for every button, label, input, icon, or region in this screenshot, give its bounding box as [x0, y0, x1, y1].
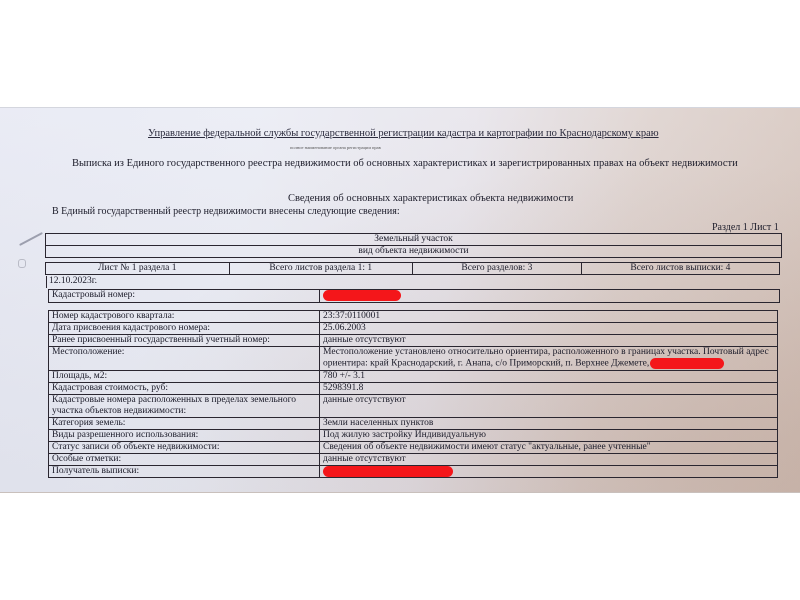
field-value-text: 25.06.2003 [323, 323, 366, 333]
table-row: Номер кадастрового квартала:23:37:011000… [49, 311, 778, 323]
field-value: Земли населенных пунктов [320, 417, 778, 429]
field-label: Виды разрешенного использования: [49, 429, 320, 441]
field-value: 5298391.8 [320, 382, 778, 394]
redaction-mark [323, 466, 453, 477]
field-label: Местоположение: [49, 347, 320, 371]
table-row: Категория земель:Земли населенных пункто… [49, 417, 778, 429]
object-type-caption: вид объекта недвижимости [46, 246, 782, 258]
field-value-text: Земли населенных пунктов [323, 418, 433, 428]
field-value-text: 5298391.8 [323, 383, 363, 393]
field-value-text: 780 +/- 3.1 [323, 371, 365, 381]
authority-caption: полное наименование органа регистрации п… [290, 145, 381, 150]
extract-sheets-total: Всего листов выписки: 4 [581, 263, 779, 275]
field-label: Ранее присвоенный государственный учетны… [49, 335, 320, 347]
intro-text: В Единый государственный реестр недвижим… [52, 206, 400, 217]
field-label: Кадастровые номера расположенных в преде… [49, 394, 320, 417]
field-value-text: Сведения об объекте недвижимости имеют с… [323, 442, 651, 452]
table-row: Ранее присвоенный государственный учетны… [49, 335, 778, 347]
field-value: данные отсутствуют [320, 335, 778, 347]
table-row: Местоположение:Местоположение установлен… [49, 347, 778, 371]
field-value-text: данные отсутствуют [323, 335, 406, 345]
field-value: 780 +/- 3.1 [320, 370, 778, 382]
field-value-text: данные отсутствуют [323, 395, 406, 405]
field-value-text: Под жилую застройку Индивидуальную [323, 430, 486, 440]
section-sheet-label: Раздел 1 Лист 1 [712, 222, 779, 233]
field-value: Местоположение установлено относительно … [320, 347, 778, 371]
table-row: Статус записи об объекте недвижимости:Св… [49, 441, 778, 453]
authority-name: Управление федеральной службы государств… [148, 128, 659, 139]
section-sheets-total: Всего листов раздела 1: 1 [229, 263, 413, 275]
field-value: 23:37:0110001 [320, 311, 778, 323]
redaction-mark [323, 290, 401, 301]
field-value: данные отсутствуют [320, 394, 778, 417]
sheet-number: Лист № 1 раздела 1 [46, 263, 230, 275]
object-type-table: Земельный участок вид объекта недвижимос… [45, 233, 782, 258]
field-label: Дата присвоения кадастрового номера: [49, 323, 320, 335]
field-value: Сведения об объекте недвижимости имеют с… [320, 441, 778, 453]
staple-mark-icon [19, 232, 43, 246]
sections-total: Всего разделов: 3 [413, 263, 582, 275]
cadastral-number-table: Кадастровый номер: [48, 289, 780, 303]
cadastral-number-label: Кадастровый номер: [49, 290, 320, 303]
field-label: Категория земель: [49, 417, 320, 429]
object-type: Земельный участок [46, 234, 782, 246]
field-label: Кадастровая стоимость, руб: [49, 382, 320, 394]
extract-date: 12.10.2023г. [46, 276, 783, 288]
field-value-text: 23:37:0110001 [323, 311, 380, 321]
table-row: Дата присвоения кадастрового номера:25.0… [49, 323, 778, 335]
field-value: данные отсутствуют [320, 453, 778, 465]
characteristics-table: Номер кадастрового квартала:23:37:011000… [48, 310, 778, 478]
hole-mark-icon [18, 259, 26, 268]
field-label: Особые отметки: [49, 453, 320, 465]
field-label: Получатель выписки: [49, 465, 320, 478]
extract-title: Выписка из Единого государственного реес… [72, 158, 738, 169]
table-row: Получатель выписки: [49, 465, 778, 478]
redaction-mark [650, 358, 724, 369]
table-row: Кадастровые номера расположенных в преде… [49, 394, 778, 417]
table-row: Кадастровая стоимость, руб:5298391.8 [49, 382, 778, 394]
table-row: Площадь, м2:780 +/- 3.1 [49, 370, 778, 382]
field-label: Площадь, м2: [49, 370, 320, 382]
field-value-text: данные отсутствуют [323, 454, 406, 464]
section-title: Сведения об основных характеристиках объ… [288, 193, 573, 204]
field-label: Статус записи об объекте недвижимости: [49, 441, 320, 453]
field-label: Номер кадастрового квартала: [49, 311, 320, 323]
field-value [320, 465, 778, 478]
field-value: Под жилую застройку Индивидуальную [320, 429, 778, 441]
table-row: Особые отметки:данные отсутствуют [49, 453, 778, 465]
sheet-info-table: Лист № 1 раздела 1 Всего листов раздела … [45, 262, 780, 275]
field-value: 25.06.2003 [320, 323, 778, 335]
table-row: Виды разрешенного использования:Под жилу… [49, 429, 778, 441]
cadastral-number-value [320, 290, 780, 303]
